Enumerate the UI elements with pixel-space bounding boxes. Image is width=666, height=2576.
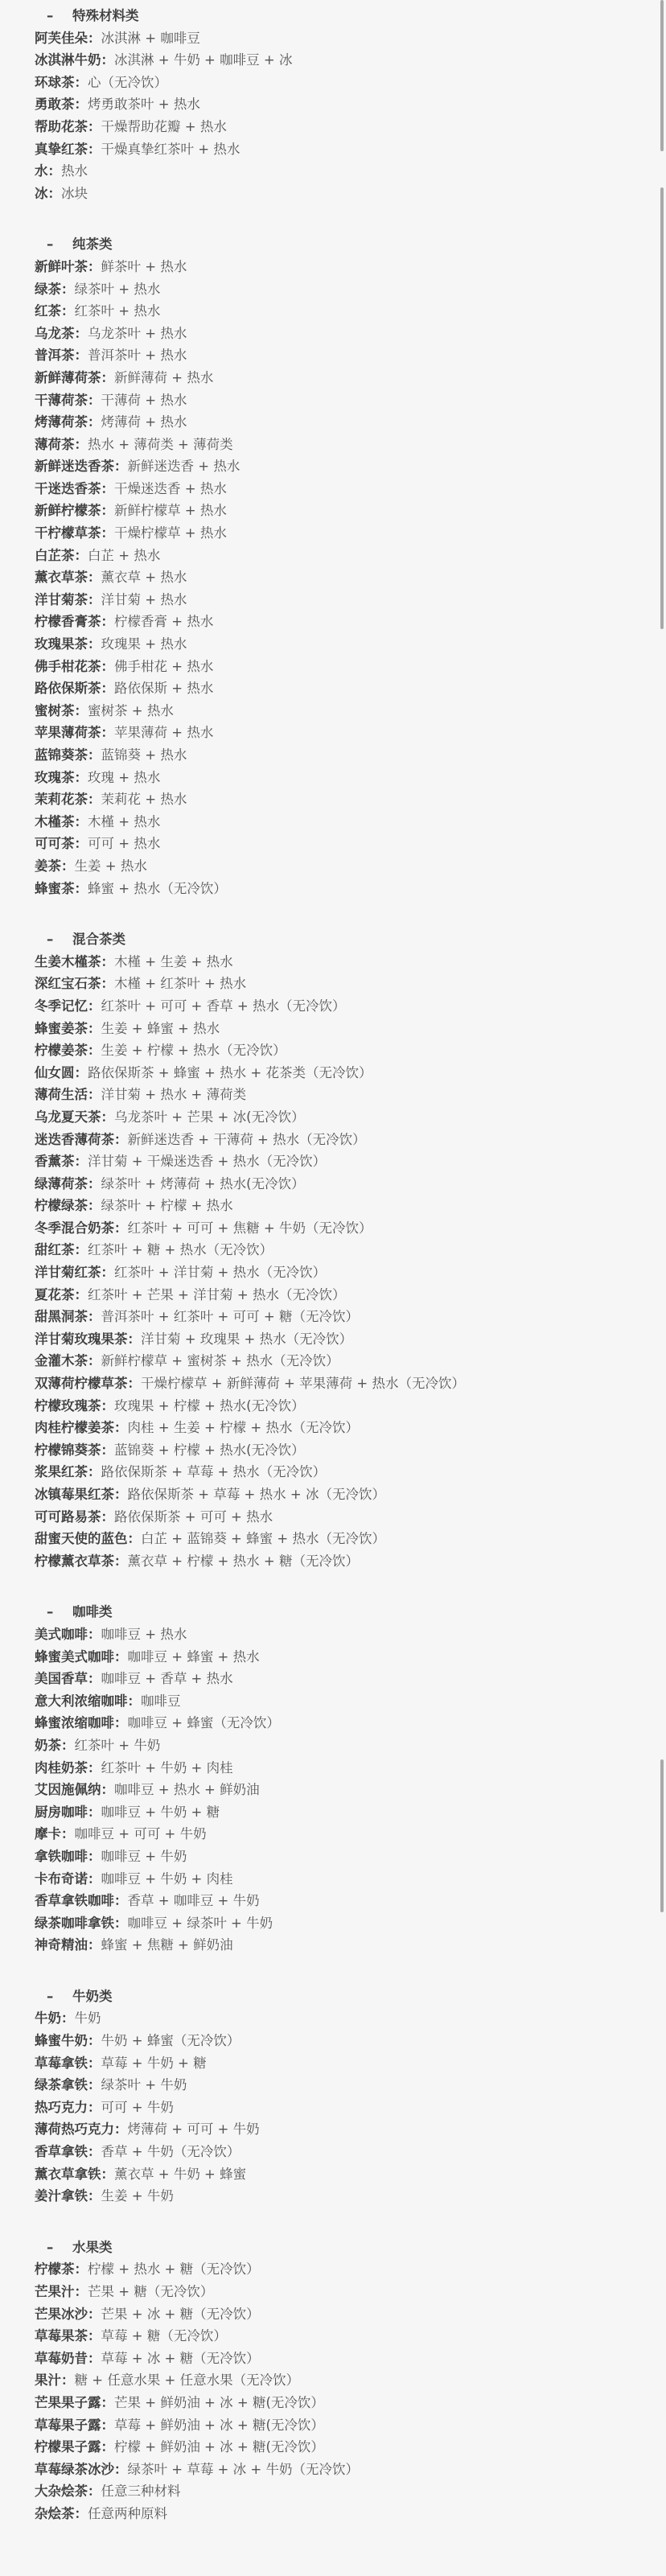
recipe-ingredients: 白芷 + 蓝锦葵 + 蜂蜜 + 热水（无冷饮） <box>141 1531 385 1546</box>
colon-separator: ： <box>88 142 101 157</box>
colon-separator: ： <box>88 2483 101 2499</box>
recipe-ingredients: 草莓 + 糖（无冷饮） <box>101 2328 227 2344</box>
recipe-name: 夏花茶 <box>35 1287 75 1302</box>
recipe-name: 姜汁拿铁 <box>35 2188 88 2204</box>
recipe-line: 乌龙夏天茶：乌龙茶叶 + 芒果 + 冰(无冷饮） <box>35 1106 630 1129</box>
colon-separator: ： <box>114 2121 128 2137</box>
colon-separator: ： <box>101 1109 115 1125</box>
recipe-ingredients: 芒果 + 鲜奶油 + 冰 + 糖(无冷饮） <box>114 2395 324 2410</box>
recipe-name: 绿茶 <box>35 282 61 297</box>
recipe-ingredients: 玫瑰 + 热水 <box>88 770 160 785</box>
colon-separator: ： <box>88 2306 101 2322</box>
recipe-ingredients: 干燥柠檬草 + 新鲜薄荷 + 苹果薄荷 + 热水（无冷饮） <box>141 1376 465 1391</box>
recipe-name: 卡布奇诺 <box>35 1871 88 1887</box>
recipe-name: 真挚红茶 <box>35 142 88 157</box>
recipe-ingredients: 鲜茶叶 + 热水 <box>101 259 187 274</box>
recipe-name: 冰淇淋牛奶 <box>35 52 101 68</box>
recipe-ingredients: 新鲜柠檬草 + 蜜树茶 + 热水（无冷饮） <box>101 1353 339 1368</box>
recipe-line: 芒果果子露：芒果 + 鲜奶油 + 冰 + 糖(无冷饮） <box>35 2392 630 2414</box>
recipe-ingredients: 咖啡豆 + 可可 + 牛奶 <box>75 1826 207 1841</box>
recipe-ingredients: 柠檬香膏 + 热水 <box>114 614 213 629</box>
recipe-name: 帮助花茶 <box>35 119 88 134</box>
colon-separator: ： <box>101 725 115 740</box>
recipe-name: 蜂蜜茶 <box>35 881 75 896</box>
recipe-line: 草莓果茶：草莓 + 糖（无冷饮） <box>35 2325 630 2348</box>
section-1: –特殊材料类阿芙佳朵：冰淇淋 + 咖啡豆冰淇淋牛奶：冰淇淋 + 牛奶 + 咖啡豆… <box>35 5 630 204</box>
recipe-name: 冰 <box>35 186 48 201</box>
recipe-name: 香薰茶 <box>35 1154 75 1169</box>
recipe-name: 草莓果茶 <box>35 2328 88 2344</box>
recipe-ingredients: 绿茶叶 + 热水 <box>75 282 161 297</box>
recipe-line: 浆果红茶：路依保斯茶 + 草莓 + 热水（无冷饮） <box>35 1461 630 1483</box>
scrollbar-thumb[interactable] <box>660 187 664 629</box>
recipe-ingredients: 洋甘菊 + 热水 + 薄荷类 <box>101 1087 247 1102</box>
colon-separator: ： <box>101 1398 115 1414</box>
colon-separator: ： <box>88 1627 101 1642</box>
colon-separator: ： <box>88 1353 101 1368</box>
recipe-ingredients: 可可 + 牛奶 <box>101 2100 174 2115</box>
recipe-line: 芒果汁：芒果 + 糖（无冷饮） <box>35 2281 630 2303</box>
recipe-ingredients: 生姜 + 热水 <box>75 858 147 874</box>
recipe-name: 新鲜迷迭香茶 <box>35 459 114 474</box>
recipe-name: 洋甘菊茶 <box>35 592 88 607</box>
recipe-name: 浆果红茶 <box>35 1464 88 1479</box>
recipe-ingredients: 茉莉花 + 热水 <box>101 792 187 807</box>
recipe-ingredients: 路依保斯 + 热水 <box>114 681 213 696</box>
colon-separator: ： <box>101 1442 115 1458</box>
recipe-ingredients: 佛手柑花 + 热水 <box>114 659 213 674</box>
colon-separator: ： <box>88 1671 101 1686</box>
recipe-ingredients: 乌龙茶叶 + 芒果 + 冰(无冷饮） <box>114 1109 305 1125</box>
colon-separator: ： <box>75 1242 88 1257</box>
scrollbar-track[interactable] <box>660 0 664 2576</box>
section-header: –牛奶类 <box>35 1985 630 2008</box>
recipe-name: 薄荷生活 <box>35 1087 88 1102</box>
recipe-ingredients: 干燥帮助花瓣 + 热水 <box>101 119 227 134</box>
recipe-name: 果汁 <box>35 2372 61 2388</box>
recipe-ingredients: 烤薄荷 + 热水 <box>101 414 187 430</box>
recipe-line: 薰衣草茶：薰衣草 + 热水 <box>35 566 630 589</box>
recipe-line: 水：热水 <box>35 160 630 183</box>
recipe-name: 柠檬玫瑰茶 <box>35 1398 101 1414</box>
recipe-ingredients: 普洱茶叶 + 红茶叶 + 可可 + 糖（无冷饮） <box>101 1309 359 1324</box>
recipe-name: 生姜木槿茶 <box>35 954 101 969</box>
recipe-line: 干迷迭香茶：干燥迷迭香 + 热水 <box>35 478 630 500</box>
recipe-ingredients: 玫瑰果 + 热水 <box>101 636 187 652</box>
colon-separator: ： <box>75 75 88 90</box>
recipe-ingredients: 芒果 + 糖（无冷饮） <box>88 2284 213 2299</box>
recipe-name: 蜂蜜姜茶 <box>35 1021 88 1036</box>
recipe-name: 拿铁咖啡 <box>35 1849 88 1864</box>
section-title: 特殊材料类 <box>72 8 139 23</box>
colon-separator: ： <box>88 2328 101 2344</box>
recipe-line: 薄荷生活：洋甘菊 + 热水 + 薄荷类 <box>35 1084 630 1106</box>
recipe-ingredients: 蜜树茶 + 热水 <box>88 703 174 718</box>
colon-separator: ： <box>88 1176 101 1191</box>
colon-separator: ： <box>88 1937 101 1953</box>
recipe-ingredients: 热水 <box>61 163 88 179</box>
colon-separator: ： <box>101 2167 115 2182</box>
recipe-line: 大杂烩茶：任意三种材料 <box>35 2480 630 2503</box>
recipe-name: 芒果冰沙 <box>35 2306 88 2322</box>
colon-separator: ： <box>114 1893 128 1908</box>
colon-separator: ： <box>101 503 115 518</box>
recipe-line: 香草拿铁：香草 + 牛奶（无冷饮） <box>35 2141 630 2163</box>
recipe-name: 艾因施佩纳 <box>35 1782 101 1797</box>
colon-separator: ： <box>114 1420 128 1435</box>
recipe-ingredients: 咖啡豆 + 牛奶 + 肉桂 <box>101 1871 233 1887</box>
colon-separator: ： <box>88 1849 101 1864</box>
recipe-name: 肉桂柠檬姜茶 <box>35 1420 114 1435</box>
recipe-ingredients: 干燥迷迭香 + 热水 <box>114 481 227 496</box>
recipe-name: 薰衣草拿铁 <box>35 2167 101 2182</box>
recipe-line: 夏花茶：红茶叶 + 芒果 + 洋甘菊 + 热水（无冷饮） <box>35 1284 630 1307</box>
colon-separator: ： <box>101 52 115 68</box>
recipe-name: 环球茶 <box>35 75 75 90</box>
recipe-ingredients: 薰衣草 + 牛奶 + 蜂蜜 <box>114 2167 246 2182</box>
colon-separator: ： <box>88 998 101 1014</box>
recipe-name: 柠檬姜茶 <box>35 1043 88 1058</box>
recipe-ingredients: 任意两种原料 <box>88 2506 167 2521</box>
recipe-line: 冬季记忆：红茶叶 + 可可 + 香草 + 热水（无冷饮） <box>35 995 630 1018</box>
section-title: 水果类 <box>72 2240 113 2255</box>
recipe-name: 摩卡 <box>35 1826 61 1841</box>
recipe-name: 绿薄荷茶 <box>35 1176 88 1191</box>
recipe-name: 乌龙夏天茶 <box>35 1109 101 1125</box>
recipe-line: 双薄荷柠檬草茶：干燥柠檬草 + 新鲜薄荷 + 苹果薄荷 + 热水（无冷饮） <box>35 1372 630 1395</box>
recipe-line: 草莓奶昔：草莓 + 冰 + 糖（无冷饮） <box>35 2348 630 2370</box>
recipe-ingredients: 蓝锦葵 + 热水 <box>101 747 187 763</box>
bullet-dash-icon: – <box>47 1985 72 2008</box>
recipe-line: 普洱茶：普洱茶叶 + 热水 <box>35 344 630 367</box>
colon-separator: ： <box>101 614 115 629</box>
colon-separator: ： <box>128 1376 142 1391</box>
recipe-line: 甜蜜天使的蓝色：白芷 + 蓝锦葵 + 蜂蜜 + 热水（无冷饮） <box>35 1528 630 1550</box>
recipe-name: 深红宝石茶 <box>35 976 101 991</box>
recipe-ingredients: 绿茶叶 + 牛奶 <box>101 2077 187 2092</box>
colon-separator: ： <box>101 976 115 991</box>
recipe-line: 薄荷热巧克力：烤薄荷 + 可可 + 牛奶 <box>35 2118 630 2141</box>
recipe-ingredients: 咖啡豆 + 绿茶叶 + 牛奶 <box>128 1916 273 1931</box>
colon-separator: ： <box>61 858 75 874</box>
recipe-line: 热巧克力：可可 + 牛奶 <box>35 2097 630 2119</box>
colon-separator: ： <box>75 437 88 452</box>
section-header: –咖啡类 <box>35 1601 630 1623</box>
recipe-name: 牛奶 <box>35 2010 61 2026</box>
recipe-ingredients: 洋甘菊 + 玫瑰果 + 热水（无冷饮） <box>141 1331 352 1347</box>
colon-separator: ： <box>114 459 128 474</box>
recipe-name: 柠檬茶 <box>35 2261 75 2277</box>
recipe-ingredients: 普洱茶叶 + 热水 <box>88 348 187 363</box>
colon-separator: ： <box>75 836 88 851</box>
recipe-line: 柠檬薰衣草茶：薰衣草 + 柠檬 + 热水 + 糖（无冷饮） <box>35 1550 630 1573</box>
recipe-ingredients: 红茶叶 + 可可 + 香草 + 热水（无冷饮） <box>101 998 346 1014</box>
section-title: 牛奶类 <box>72 1989 113 2004</box>
colon-separator: ： <box>61 2372 75 2388</box>
recipe-line: 美国香草：咖啡豆 + 香草 + 热水 <box>35 1668 630 1690</box>
recipe-line: 金灌木茶：新鲜柠檬草 + 蜜树茶 + 热水（无冷饮） <box>35 1350 630 1372</box>
recipe-ingredients: 肉桂 + 生姜 + 柠檬 + 热水（无冷饮） <box>128 1420 359 1435</box>
recipe-name: 木槿茶 <box>35 814 75 829</box>
colon-separator: ： <box>61 2010 75 2026</box>
recipe-ingredients: 烤勇敢茶叶 + 热水 <box>88 97 200 112</box>
recipe-line: 可可茶：可可 + 热水 <box>35 833 630 855</box>
recipe-line: 红茶：红茶叶 + 热水 <box>35 300 630 323</box>
recipe-ingredients: 蓝锦葵 + 柠檬 + 热水(无冷饮） <box>114 1442 305 1458</box>
section-header: –混合茶类 <box>35 928 630 951</box>
recipe-line: 拿铁咖啡：咖啡豆 + 牛奶 <box>35 1846 630 1868</box>
recipe-name: 干迷迭香茶 <box>35 481 101 496</box>
recipe-name: 美式咖啡 <box>35 1627 88 1642</box>
recipe-ingredients: 冰块 <box>61 186 88 201</box>
recipe-ingredients: 干燥真挚红茶叶 + 热水 <box>101 142 240 157</box>
colon-separator: ： <box>75 770 88 785</box>
colon-separator: ： <box>75 2506 88 2521</box>
recipe-line: 新鲜薄荷茶：新鲜薄荷 + 热水 <box>35 367 630 389</box>
recipe-name: 蜂蜜牛奶 <box>35 2033 88 2048</box>
recipe-name: 水 <box>35 163 48 179</box>
colon-separator: ： <box>48 163 62 179</box>
colon-separator: ： <box>88 1021 101 1036</box>
colon-separator: ： <box>88 747 101 763</box>
recipe-name: 勇敢茶 <box>35 97 75 112</box>
recipe-line: 肉桂柠檬姜茶：肉桂 + 生姜 + 柠檬 + 热水（无冷饮） <box>35 1417 630 1439</box>
recipe-line: 阿芙佳朵：冰淇淋 + 咖啡豆 <box>35 27 630 50</box>
colon-separator: ： <box>88 1198 101 1213</box>
recipe-line: 摩卡：咖啡豆 + 可可 + 牛奶 <box>35 1823 630 1846</box>
recipe-ingredients: 干薄荷 + 热水 <box>101 393 187 408</box>
recipe-name: 可可茶 <box>35 836 75 851</box>
colon-separator: ： <box>61 303 75 319</box>
recipe-name: 甜黑洞茶 <box>35 1309 88 1324</box>
recipe-ingredients: 草莓 + 牛奶 + 糖 <box>101 2055 207 2071</box>
recipe-name: 新鲜柠檬茶 <box>35 503 101 518</box>
recipe-ingredients: 薰衣草 + 柠檬 + 热水 + 糖（无冷饮） <box>128 1553 359 1569</box>
recipe-name: 柠檬香膏茶 <box>35 614 101 629</box>
recipe-ingredients: 路依保斯茶 + 可可 + 热水 <box>114 1509 273 1525</box>
recipe-ingredients: 红茶叶 + 牛奶 + 肉桂 <box>101 1760 233 1776</box>
colon-separator: ： <box>101 659 115 674</box>
recipe-ingredients: 咖啡豆 + 热水 <box>101 1627 187 1642</box>
colon-separator: ： <box>75 97 88 112</box>
section-title: 咖啡类 <box>72 1604 113 1619</box>
recipe-ingredients: 生姜 + 蜂蜜 + 热水 <box>101 1021 220 1036</box>
recipe-line: 新鲜叶茶：鲜茶叶 + 热水 <box>35 256 630 278</box>
recipe-name: 绿茶拿铁 <box>35 2077 88 2092</box>
recipe-name: 意大利浓缩咖啡 <box>35 1693 128 1709</box>
recipe-ingredients: 红茶叶 + 牛奶 <box>75 1738 161 1753</box>
recipe-line: 新鲜迷迭香茶：新鲜迷迭香 + 热水 <box>35 455 630 478</box>
recipe-line: 柠檬香膏茶：柠檬香膏 + 热水 <box>35 611 630 633</box>
recipe-ingredients: 咖啡豆 + 蜂蜜（无冷饮） <box>128 1715 280 1730</box>
recipe-line: 柠檬姜茶：生姜 + 柠檬 + 热水（无冷饮） <box>35 1039 630 1062</box>
recipe-name: 新鲜薄荷茶 <box>35 370 101 385</box>
recipe-ingredients: 新鲜柠檬草 + 热水 <box>114 503 227 518</box>
recipe-name: 厨房咖啡 <box>35 1804 88 1820</box>
colon-separator: ： <box>114 1487 128 1502</box>
colon-separator: ： <box>114 1916 128 1931</box>
recipe-ingredients: 热水 + 薄荷类 + 薄荷类 <box>88 437 233 452</box>
recipe-line: 干薄荷茶：干薄荷 + 热水 <box>35 389 630 412</box>
recipe-line: 柠檬绿茶：绿茶叶 + 柠檬 + 热水 <box>35 1195 630 1217</box>
section-2: –纯茶类新鲜叶茶：鲜茶叶 + 热水绿茶：绿茶叶 + 热水红茶：红茶叶 + 热水乌… <box>35 233 630 899</box>
colon-separator: ： <box>88 31 101 46</box>
section-header: –水果类 <box>35 2237 630 2259</box>
recipe-ingredients: 乌龙茶叶 + 热水 <box>88 326 187 341</box>
recipe-ingredients: 生姜 + 牛奶 <box>101 2188 174 2204</box>
colon-separator: ： <box>88 2100 101 2115</box>
recipe-name: 红茶 <box>35 303 61 319</box>
recipe-line: 乌龙茶：乌龙茶叶 + 热水 <box>35 323 630 345</box>
recipe-line: 冬季混合奶茶：红茶叶 + 可可 + 焦糖 + 牛奶（无冷饮） <box>35 1217 630 1240</box>
colon-separator: ： <box>61 282 75 297</box>
recipe-name: 芒果果子露 <box>35 2395 101 2410</box>
colon-separator: ： <box>88 2055 101 2071</box>
recipe-line: 姜茶：生姜 + 热水 <box>35 855 630 878</box>
colon-separator: ： <box>128 1331 142 1347</box>
recipe-line: 冰：冰块 <box>35 183 630 205</box>
colon-separator: ： <box>114 1649 128 1665</box>
recipe-ingredients: 香草 + 咖啡豆 + 牛奶 <box>128 1893 260 1908</box>
recipe-line: 环球茶：心（无冷饮） <box>35 72 630 94</box>
recipe-ingredients: 新鲜迷迭香 + 干薄荷 + 热水（无冷饮） <box>128 1132 366 1147</box>
scrollbar-thumb[interactable] <box>660 0 664 151</box>
recipe-name: 蜂蜜美式咖啡 <box>35 1649 114 1665</box>
section-4: –咖啡类美式咖啡：咖啡豆 + 热水蜂蜜美式咖啡：咖啡豆 + 蜂蜜 + 热水美国香… <box>35 1601 630 1957</box>
recipe-name: 普洱茶 <box>35 348 75 363</box>
recipe-line: 深红宝石茶：木槿 + 红茶叶 + 热水 <box>35 973 630 995</box>
recipe-name: 草莓绿茶冰沙 <box>35 2462 114 2477</box>
colon-separator: ： <box>88 792 101 807</box>
recipe-ingredients: 绿茶叶 + 烤薄荷 + 热水(无冷饮） <box>101 1176 305 1191</box>
recipe-ingredients: 洋甘菊 + 干燥迷迭香 + 热水（无冷饮） <box>88 1154 326 1169</box>
bullet-dash-icon: – <box>47 5 72 27</box>
recipe-ingredients: 柠檬 + 鲜奶油 + 冰 + 糖(无冷饮） <box>114 2439 324 2455</box>
colon-separator: ： <box>114 2462 128 2477</box>
colon-separator: ： <box>88 1087 101 1102</box>
recipe-line: 苹果薄荷茶：苹果薄荷 + 热水 <box>35 722 630 744</box>
recipe-ingredients: 红茶叶 + 可可 + 焦糖 + 牛奶（无冷饮） <box>128 1220 372 1236</box>
recipe-line: 真挚红茶：干燥真挚红茶叶 + 热水 <box>35 138 630 161</box>
recipe-line: 茉莉花茶：茉莉花 + 热水 <box>35 788 630 811</box>
colon-separator: ： <box>75 814 88 829</box>
recipe-name: 蓝锦葵茶 <box>35 747 88 763</box>
recipe-name: 迷迭香薄荷茶 <box>35 1132 114 1147</box>
recipe-name: 可可路易茶 <box>35 1509 101 1525</box>
recipe-line: 白芷茶：白芷 + 热水 <box>35 545 630 567</box>
recipe-ingredients: 新鲜薄荷 + 热水 <box>114 370 213 385</box>
colon-separator: ： <box>88 1760 101 1776</box>
recipe-name: 干柠檬草茶 <box>35 525 101 541</box>
colon-separator: ： <box>114 1553 128 1569</box>
recipe-ingredients: 咖啡豆 + 热水 + 鲜奶油 <box>114 1782 260 1797</box>
recipe-name: 干薄荷茶 <box>35 393 88 408</box>
recipe-line: 冰镇莓果红茶：路依保斯茶 + 草莓 + 热水 + 冰（无冷饮） <box>35 1483 630 1506</box>
recipe-name: 蜜树茶 <box>35 703 75 718</box>
recipe-line: 蓝锦葵茶：蓝锦葵 + 热水 <box>35 744 630 767</box>
recipe-ingredients: 干燥柠檬草 + 热水 <box>114 525 227 541</box>
recipe-ingredients: 糖 + 任意水果 + 任意水果（无冷饮） <box>75 2372 300 2388</box>
recipe-name: 薰衣草茶 <box>35 570 88 585</box>
recipe-ingredients: 红茶叶 + 洋甘菊 + 热水（无冷饮） <box>114 1265 326 1280</box>
recipe-ingredients: 芒果 + 冰 + 糖（无冷饮） <box>101 2306 260 2322</box>
recipe-line: 洋甘菊红茶：红茶叶 + 洋甘菊 + 热水（无冷饮） <box>35 1261 630 1284</box>
recipe-ingredients: 咖啡豆 + 香草 + 热水 <box>101 1671 233 1686</box>
recipe-ingredients: 可可 + 热水 <box>88 836 160 851</box>
colon-separator: ： <box>75 1287 88 1302</box>
recipe-line: 可可路易茶：路依保斯茶 + 可可 + 热水 <box>35 1506 630 1529</box>
recipe-ingredients: 洋甘菊 + 热水 <box>101 592 187 607</box>
recipe-name: 阿芙佳朵 <box>35 31 88 46</box>
colon-separator: ： <box>88 2144 101 2159</box>
recipe-line: 甜红茶：红茶叶 + 糖 + 热水（无冷饮） <box>35 1239 630 1261</box>
recipe-name: 神奇精油 <box>35 1937 88 1953</box>
colon-separator: ： <box>101 2395 115 2410</box>
recipe-line: 新鲜柠檬茶：新鲜柠檬草 + 热水 <box>35 500 630 522</box>
recipe-line: 洋甘菊茶：洋甘菊 + 热水 <box>35 589 630 611</box>
colon-separator: ： <box>88 1804 101 1820</box>
bullet-dash-icon: – <box>47 1601 72 1623</box>
recipe-ingredients: 烤薄荷 + 可可 + 牛奶 <box>128 2121 260 2137</box>
section-header: –特殊材料类 <box>35 5 630 27</box>
recipe-line: 路依保斯茶：路依保斯 + 热水 <box>35 677 630 700</box>
recipe-ingredients: 咖啡豆 + 蜂蜜 + 热水 <box>128 1649 260 1665</box>
recipe-line: 草莓绿茶冰沙：绿茶叶 + 草莓 + 冰 + 牛奶（无冷饮） <box>35 2459 630 2481</box>
recipe-name: 绿茶咖啡拿铁 <box>35 1916 114 1931</box>
recipe-name: 洋甘菊红茶 <box>35 1265 101 1280</box>
recipe-ingredients: 绿茶叶 + 草莓 + 冰 + 牛奶（无冷饮） <box>128 2462 359 2477</box>
recipe-name: 白芷茶 <box>35 548 75 563</box>
recipe-name: 路依保斯茶 <box>35 681 101 696</box>
recipe-name: 芒果汁 <box>35 2284 75 2299</box>
recipe-line: 艾因施佩纳：咖啡豆 + 热水 + 鲜奶油 <box>35 1779 630 1801</box>
recipe-ingredients: 路依保斯茶 + 草莓 + 热水 + 冰（无冷饮） <box>128 1487 385 1502</box>
colon-separator: ： <box>88 119 101 134</box>
recipe-name: 草莓果子露 <box>35 2418 101 2433</box>
recipe-ingredients: 心（无冷饮） <box>88 75 167 90</box>
bullet-dash-icon: – <box>47 233 72 256</box>
recipe-ingredients: 薰衣草 + 热水 <box>101 570 187 585</box>
colon-separator: ： <box>75 548 88 563</box>
recipe-name: 冰镇莓果红茶 <box>35 1487 114 1502</box>
recipe-name: 冬季混合奶茶 <box>35 1220 114 1236</box>
colon-separator: ： <box>75 881 88 896</box>
colon-separator: ： <box>88 636 101 652</box>
recipe-ingredients: 牛奶 <box>75 2010 101 2026</box>
recipe-line: 蜂蜜姜茶：生姜 + 蜂蜜 + 热水 <box>35 1018 630 1040</box>
recipe-line: 美式咖啡：咖啡豆 + 热水 <box>35 1623 630 1646</box>
section-6: –水果类柠檬茶：柠檬 + 热水 + 糖（无冷饮）芒果汁：芒果 + 糖（无冷饮）芒… <box>35 2237 630 2525</box>
colon-separator: ： <box>101 2439 115 2455</box>
recipe-line: 柠檬茶：柠檬 + 热水 + 糖（无冷饮） <box>35 2258 630 2281</box>
recipe-ingredients: 木槿 + 红茶叶 + 热水 <box>114 976 246 991</box>
colon-separator: ： <box>88 1871 101 1887</box>
colon-separator: ： <box>75 1154 88 1169</box>
bullet-dash-icon: – <box>47 2237 72 2259</box>
recipe-ingredients: 牛奶 + 蜂蜜（无冷饮） <box>101 2033 240 2048</box>
recipe-line: 草莓果子露：草莓 + 鲜奶油 + 冰 + 糖(无冷饮） <box>35 2414 630 2437</box>
colon-separator: ： <box>101 1265 115 1280</box>
recipe-name: 冬季记忆 <box>35 998 88 1014</box>
recipe-name: 茉莉花茶 <box>35 792 88 807</box>
colon-separator: ： <box>75 2284 88 2299</box>
colon-separator: ： <box>75 348 88 363</box>
recipe-name: 玫瑰茶 <box>35 770 75 785</box>
colon-separator: ： <box>88 592 101 607</box>
recipe-ingredients: 咖啡豆 <box>141 1693 181 1709</box>
scrollbar-thumb[interactable] <box>660 1759 664 1912</box>
colon-separator: ： <box>88 2351 101 2366</box>
